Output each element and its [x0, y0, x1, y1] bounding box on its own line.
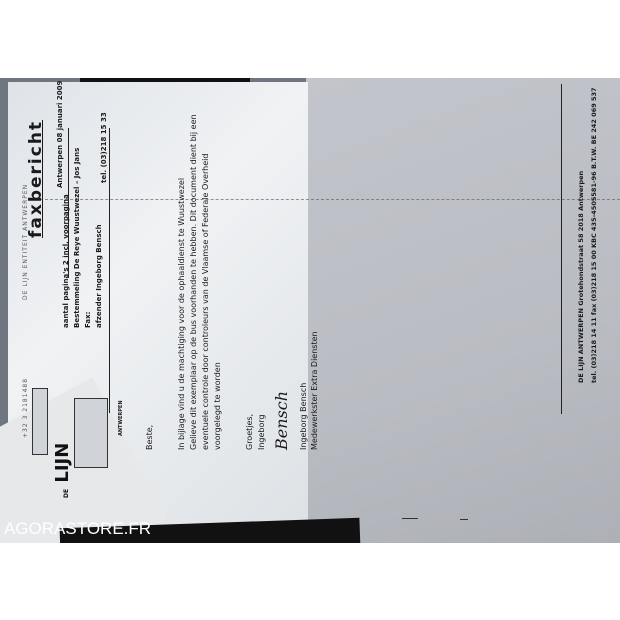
fax-page-back — [306, 78, 620, 543]
field-recipient: Bestemmeling De Reye Wuustwezel – Jos Ja… — [73, 148, 81, 328]
greeting: Beste, — [144, 425, 155, 450]
body-line-1: In bijlage vind u de machtiging voor de … — [176, 178, 187, 450]
body-line-2: Gelieve dit exemplaar op de bus voorhand… — [188, 114, 199, 450]
logo-box — [32, 388, 48, 455]
address-box — [74, 398, 108, 468]
de-lijn-logo: DE LIJN — [52, 443, 73, 498]
closing-2: Ingeborg — [256, 414, 267, 450]
signatory-name: Ingeborg Bensch — [298, 383, 309, 450]
header-rule-2 — [109, 128, 110, 413]
fold-line — [40, 199, 620, 201]
logo-location: ANTWERPEN — [118, 400, 124, 436]
field-date: Antwerpen 08 januari 2009 — [56, 81, 64, 188]
field-tel: tel. (03)218 15 33 — [100, 112, 108, 183]
body-line-3: eventuele controle door controleurs van … — [200, 154, 211, 450]
body-line-4: voorgelegd te worden — [212, 362, 223, 450]
document-photo: DE LIJN ENTITEIT ANTWERPEN faxbericht +3… — [0, 78, 620, 543]
watermark: AGORASTORE.FR — [4, 519, 151, 539]
signatory-title: Medewerkster Extra Diensten — [309, 331, 320, 450]
closing-1: Groetjes, — [244, 414, 255, 450]
scan-mark — [402, 518, 418, 519]
logo-text: LIJN — [52, 443, 73, 483]
signature: Bensch — [272, 391, 291, 450]
logo-prefix: DE — [63, 489, 70, 498]
scan-mark — [460, 519, 468, 520]
footer-line-2: tel. (03)218 14 11 fax (03)218 15 00 KBC… — [590, 87, 598, 383]
phone-top: +32 3 2181488 — [22, 378, 29, 438]
footer-line-1: DE LIJN ANTWERPEN Grotehondstraat 58 201… — [577, 171, 585, 383]
fax-title: faxbericht — [26, 120, 46, 238]
header-rule — [68, 128, 69, 278]
footer-rule — [561, 84, 562, 414]
field-fax: Fax: — [84, 312, 92, 328]
field-sender: afzender Ingeborg Bensch — [95, 224, 103, 328]
